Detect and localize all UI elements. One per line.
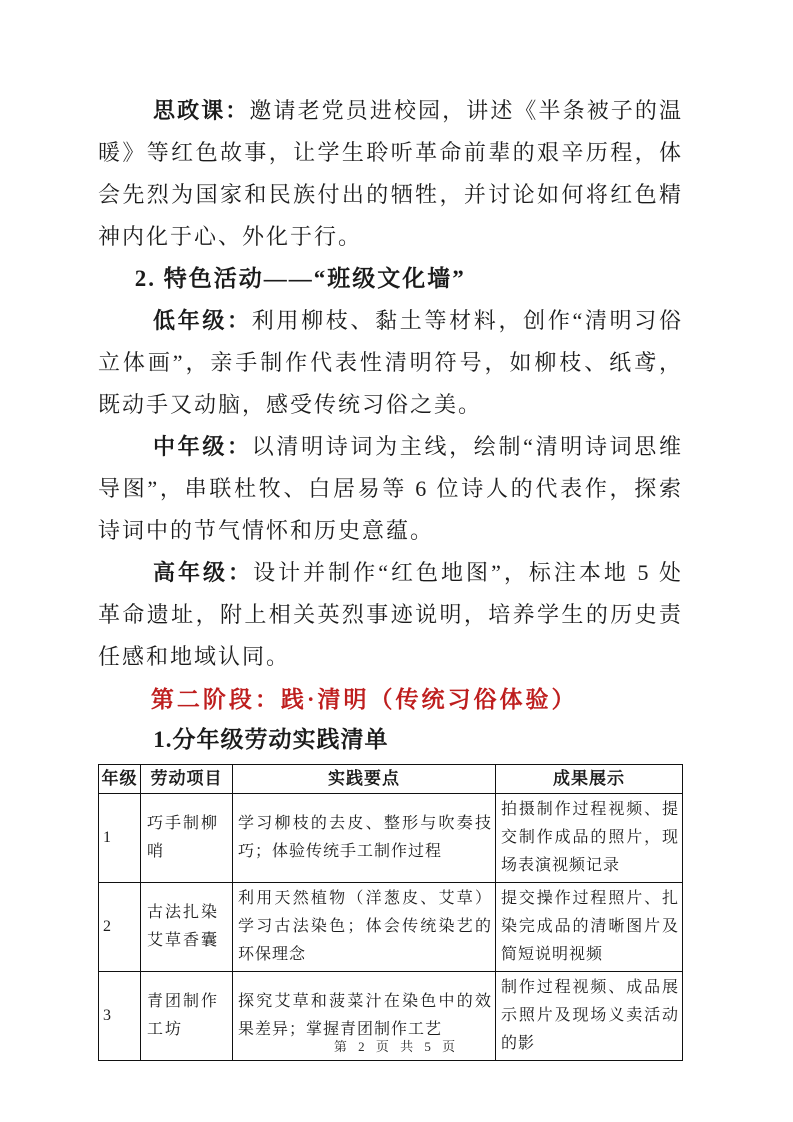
- heading-practice-list: 1.分年级劳动实践清单: [98, 720, 683, 760]
- paragraph-lead-high-grade: 高年级：: [153, 560, 253, 585]
- paragraph-sizheng-course: 思政课：邀请老党员进校园，讲述《半条被子的温暖》等红色故事，让学生聆听革命前辈的…: [98, 90, 683, 258]
- cell-project: 古法扎染艾草香囊: [141, 883, 233, 972]
- cell-points: 利用天然植物（洋葱皮、艾草）学习古法染色；体会传统染艺的环保理念: [233, 883, 496, 972]
- column-header-grade: 年级: [99, 765, 141, 794]
- practice-list-table: 年级 劳动项目 实践要点 成果展示 1 巧手制柳哨 学习柳枝的去皮、整形与吹奏技…: [98, 764, 683, 1061]
- table-row: 2 古法扎染艾草香囊 利用天然植物（洋葱皮、艾草）学习古法染色；体会传统染艺的环…: [99, 883, 683, 972]
- document-content: 思政课：邀请老党员进校园，讲述《半条被子的温暖》等红色故事，让学生聆听革命前辈的…: [98, 90, 683, 1061]
- cell-results: 提交操作过程照片、扎染完成品的清晰图片及简短说明视频: [496, 883, 683, 972]
- column-header-results: 成果展示: [496, 765, 683, 794]
- paragraph-high-grade: 高年级：设计并制作“红色地图”，标注本地 5 处革命遗址，附上相关英烈事迹说明，…: [98, 552, 683, 678]
- cell-project: 巧手制柳哨: [141, 794, 233, 883]
- paragraph-lead-sizheng: 思政课：: [153, 98, 249, 123]
- heading-special-activity: 2. 特色活动——“班级文化墙”: [98, 258, 683, 300]
- column-header-project: 劳动项目: [141, 765, 233, 794]
- cell-grade: 2: [99, 883, 141, 972]
- cell-points: 学习柳枝的去皮、整形与吹奏技巧；体验传统手工制作过程: [233, 794, 496, 883]
- paragraph-low-grade: 低年级：利用柳枝、黏土等材料，创作“清明习俗立体画”，亲手制作代表性清明符号，如…: [98, 300, 683, 426]
- heading-stage-two: 第二阶段：践·清明（传统习俗体验）: [98, 680, 683, 720]
- paragraph-lead-low-grade: 低年级：: [153, 308, 252, 333]
- table-header-row: 年级 劳动项目 实践要点 成果展示: [99, 765, 683, 794]
- cell-grade: 1: [99, 794, 141, 883]
- document-page: 思政课：邀请老党员进校园，讲述《半条被子的温暖》等红色故事，让学生聆听革命前辈的…: [0, 0, 793, 1122]
- table-row: 1 巧手制柳哨 学习柳枝的去皮、整形与吹奏技巧；体验传统手工制作过程 拍摄制作过…: [99, 794, 683, 883]
- column-header-points: 实践要点: [233, 765, 496, 794]
- paragraph-mid-grade: 中年级：以清明诗词为主线，绘制“清明诗词思维导图”，串联杜牧、白居易等 6 位诗…: [98, 426, 683, 552]
- page-number-footer: 第 2 页 共 5 页: [0, 1036, 793, 1055]
- paragraph-lead-mid-grade: 中年级：: [153, 434, 252, 459]
- cell-results: 拍摄制作过程视频、提交制作成品的照片，现场表演视频记录: [496, 794, 683, 883]
